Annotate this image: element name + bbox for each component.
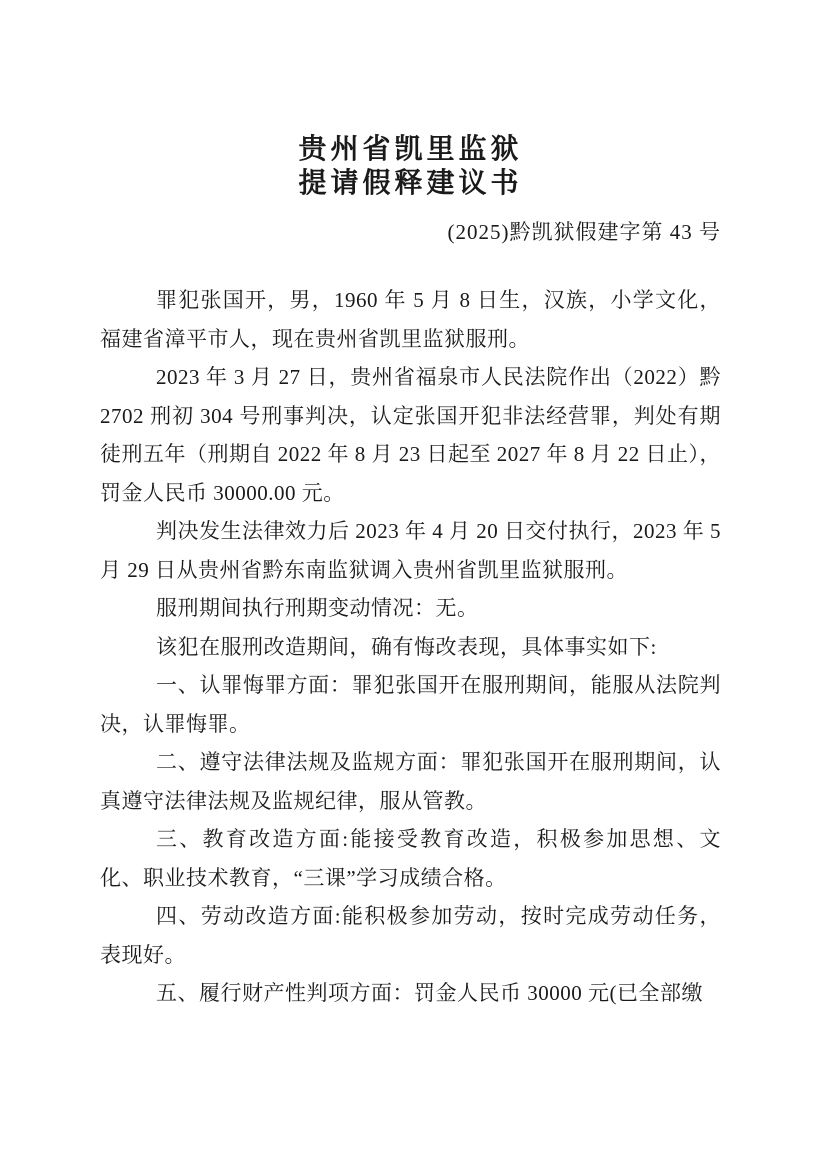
document-body: 罪犯张国开，男，1960 年 5 月 8 日生，汉族，小学文化，福建省漳平市人，… — [100, 281, 721, 1013]
paragraph-term-change: 服刑期间执行刑期变动情况：无。 — [100, 589, 721, 628]
paragraph-intro-facts: 该犯在服刑改造期间，确有悔改表现，具体事实如下: — [100, 628, 721, 667]
document-title: 贵州省凯里监狱 提请假释建议书 — [100, 133, 721, 201]
document-page: 贵州省凯里监狱 提请假释建议书 (2025)黔凯狱假建字第 43 号 罪犯张国开… — [0, 0, 827, 1169]
paragraph-judgment: 2023 年 3 月 27 日，贵州省福泉市人民法院作出（2022）黔 2702… — [100, 358, 721, 512]
title-line-1: 贵州省凯里监狱 — [100, 133, 721, 167]
paragraph-offender-info: 罪犯张国开，男，1960 年 5 月 8 日生，汉族，小学文化，福建省漳平市人，… — [100, 281, 721, 358]
document-number: (2025)黔凯狱假建字第 43 号 — [100, 219, 721, 245]
paragraph-item-3: 三、教育改造方面:能接受教育改造，积极参加思想、文化、职业技术教育，“三课”学习… — [100, 820, 721, 897]
paragraph-item-2: 二、遵守法律法规及监规方面：罪犯张国开在服刑期间，认真遵守法律法规及监规纪律，服… — [100, 743, 721, 820]
paragraph-transfer: 判决发生法律效力后 2023 年 4 月 20 日交付执行，2023 年 5 月… — [100, 512, 721, 589]
paragraph-item-5: 五、履行财产性判项方面：罚金人民币 30000 元(已全部缴 — [100, 974, 721, 1013]
paragraph-item-4: 四、劳动改造方面:能积极参加劳动，按时完成劳动任务，表现好。 — [100, 897, 721, 974]
paragraph-item-1: 一、认罪悔罪方面：罪犯张国开在服刑期间，能服从法院判决，认罪悔罪。 — [100, 666, 721, 743]
title-line-2: 提请假释建议书 — [100, 167, 721, 201]
